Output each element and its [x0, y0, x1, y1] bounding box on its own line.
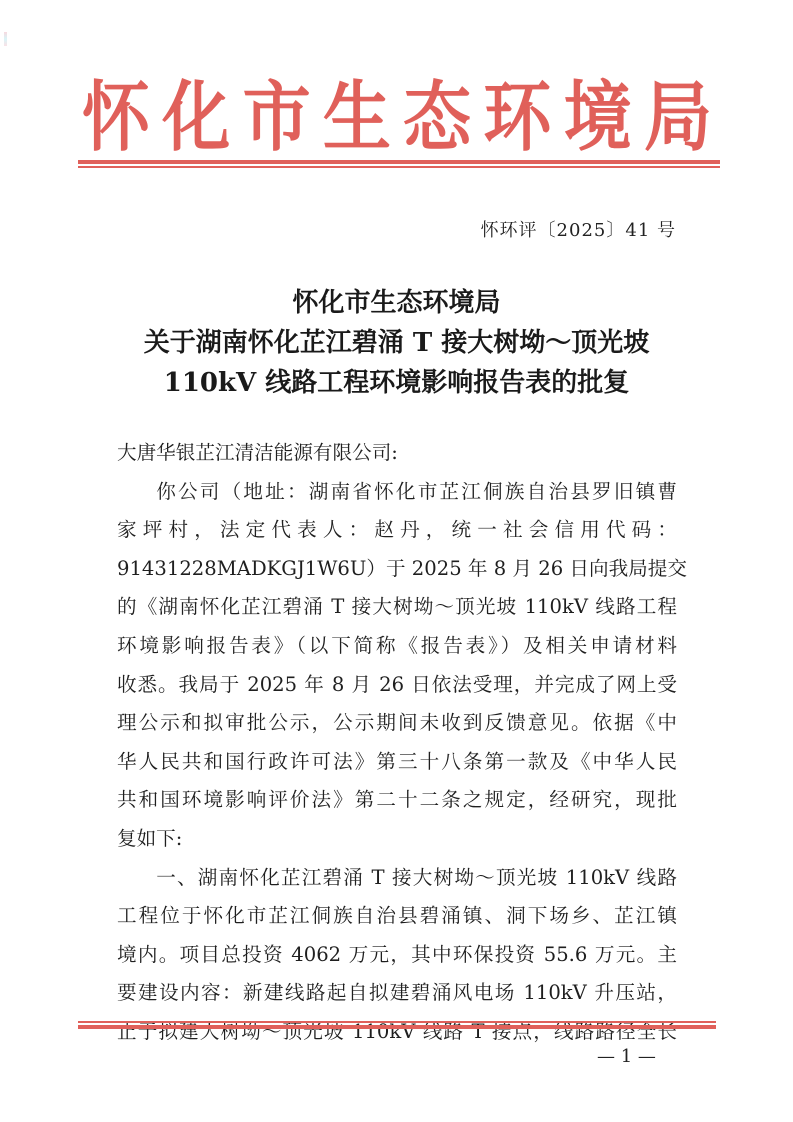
- header-rule-thin: [78, 166, 720, 168]
- letterhead-char: 市: [243, 81, 311, 157]
- page-number: — 1 —: [597, 1046, 656, 1067]
- body-line: 工程位于怀化市芷江侗族自治县碧涌镇、洞下场乡、芷江镇: [117, 897, 677, 936]
- addressee: 大唐华银芷江清洁能源有限公司:: [117, 434, 677, 473]
- footer-rule-thick: [78, 1025, 716, 1029]
- letterhead-char: 态: [403, 81, 471, 157]
- title-line: 关于湖南怀化芷江碧涌 T 接大树坳～顶光坡: [0, 323, 793, 363]
- paragraph-intro: 你公司（地址：湖南省怀化市芷江侗族自治县罗旧镇曹 家坪村，法定代表人：赵丹，统一…: [117, 473, 677, 859]
- body-line: 你公司（地址：湖南省怀化市芷江侗族自治县罗旧镇曹: [117, 473, 677, 512]
- body-line: 境内。项目总投资 4062 万元，其中环保投资 55.6 万元。主: [117, 936, 677, 975]
- body-line: 91431228MADKGJ1W6U）于 2025 年 8 月 26 日向我局提…: [117, 550, 677, 589]
- document-title: 怀化市生态环境局 关于湖南怀化芷江碧涌 T 接大树坳～顶光坡 110kV 线路工…: [0, 283, 793, 403]
- letterhead-char: 怀: [82, 81, 150, 157]
- body-line: 的《湖南怀化芷江碧涌 T 接大树坳～顶光坡 110kV 线路工程: [117, 588, 677, 627]
- document-number: 怀环评〔2025〕41 号: [481, 216, 676, 242]
- document-body: 大唐华银芷江清洁能源有限公司: 你公司（地址：湖南省怀化市芷江侗族自治县罗旧镇曹…: [117, 434, 677, 1052]
- letterhead-char: 生: [323, 81, 391, 157]
- body-line: 理公示和拟审批公示，公示期间未收到反馈意见。依据《中: [117, 704, 677, 743]
- body-line: 家坪村，法定代表人：赵丹，统一社会信用代码：: [117, 511, 677, 550]
- body-line: 华人民共和国行政许可法》第三十八条第一款及《中华人民: [117, 743, 677, 782]
- title-line: 怀化市生态环境局: [0, 283, 793, 323]
- body-line: 一、湖南怀化芷江碧涌 T 接大树坳～顶光坡 110kV 线路: [117, 859, 677, 898]
- body-line: 共和国环境影响评价法》第二十二条之规定，经研究，现批: [117, 781, 677, 820]
- letterhead-char: 环: [483, 81, 551, 157]
- footer-rule-thin: [78, 1021, 716, 1023]
- header-rule-thick: [78, 160, 720, 164]
- body-line: 止于拟建大树坳～顶光坡 110kV 线路 T 接点，线路路径全长: [117, 1013, 677, 1052]
- letterhead-char: 化: [162, 81, 230, 157]
- document-page: 怀 化 市 生 态 环 境 局 怀环评〔2025〕41 号 怀化市生态环境局 关…: [0, 0, 793, 1122]
- body-line: 收悉。我局于 2025 年 8 月 26 日依法受理，并完成了网上受: [117, 666, 677, 705]
- letterhead-title: 怀 化 市 生 态 环 境 局: [82, 78, 712, 160]
- body-line: 复如下:: [117, 820, 677, 859]
- body-line: 要建设内容：新建线路起自拟建碧涌风电场 110kV 升压站，: [117, 974, 677, 1013]
- letterhead-char: 境: [564, 81, 632, 157]
- title-line: 110kV 线路工程环境影响报告表的批复: [0, 363, 793, 403]
- scan-artifact: [4, 32, 7, 46]
- body-line: 环境影响报告表》（以下简称《报告表》）及相关申请材料: [117, 627, 677, 666]
- letterhead-char: 局: [644, 81, 712, 157]
